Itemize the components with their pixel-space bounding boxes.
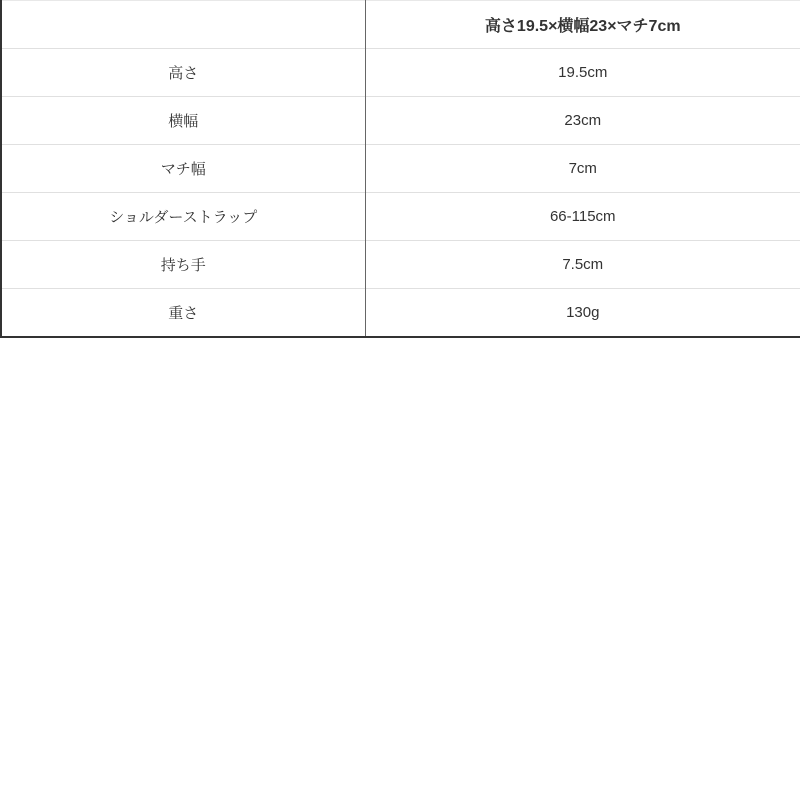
- spec-header-value-cell: 高さ19.5×横幅23×マチ7cm: [365, 1, 800, 49]
- spec-label-cell: マチ幅: [1, 145, 365, 193]
- spec-value-cell: 7.5cm: [365, 241, 800, 289]
- product-spec-table: 高さ19.5×横幅23×マチ7cm 高さ 19.5cm 横幅 23cm マチ幅 …: [0, 0, 800, 338]
- spec-row: ショルダーストラップ 66-115cm: [1, 193, 800, 241]
- spec-value-cell: 23cm: [365, 97, 800, 145]
- spec-header-row: 高さ19.5×横幅23×マチ7cm: [1, 1, 800, 49]
- spec-value-cell: 19.5cm: [365, 49, 800, 97]
- spec-value-cell: 66-115cm: [365, 193, 800, 241]
- spec-row: 重さ 130g: [1, 289, 800, 337]
- spec-row: マチ幅 7cm: [1, 145, 800, 193]
- spec-value-cell: 7cm: [365, 145, 800, 193]
- spec-label-cell: 横幅: [1, 97, 365, 145]
- spec-value-cell: 130g: [365, 289, 800, 337]
- spec-label-cell: ショルダーストラップ: [1, 193, 365, 241]
- spec-header-label-cell: [1, 1, 365, 49]
- spec-label-cell: 持ち手: [1, 241, 365, 289]
- spec-label-cell: 高さ: [1, 49, 365, 97]
- spec-row: 横幅 23cm: [1, 97, 800, 145]
- spec-row: 高さ 19.5cm: [1, 49, 800, 97]
- spec-table-body: 高さ 19.5cm 横幅 23cm マチ幅 7cm ショルダーストラップ 66-…: [1, 49, 800, 337]
- spec-row: 持ち手 7.5cm: [1, 241, 800, 289]
- spec-label-cell: 重さ: [1, 289, 365, 337]
